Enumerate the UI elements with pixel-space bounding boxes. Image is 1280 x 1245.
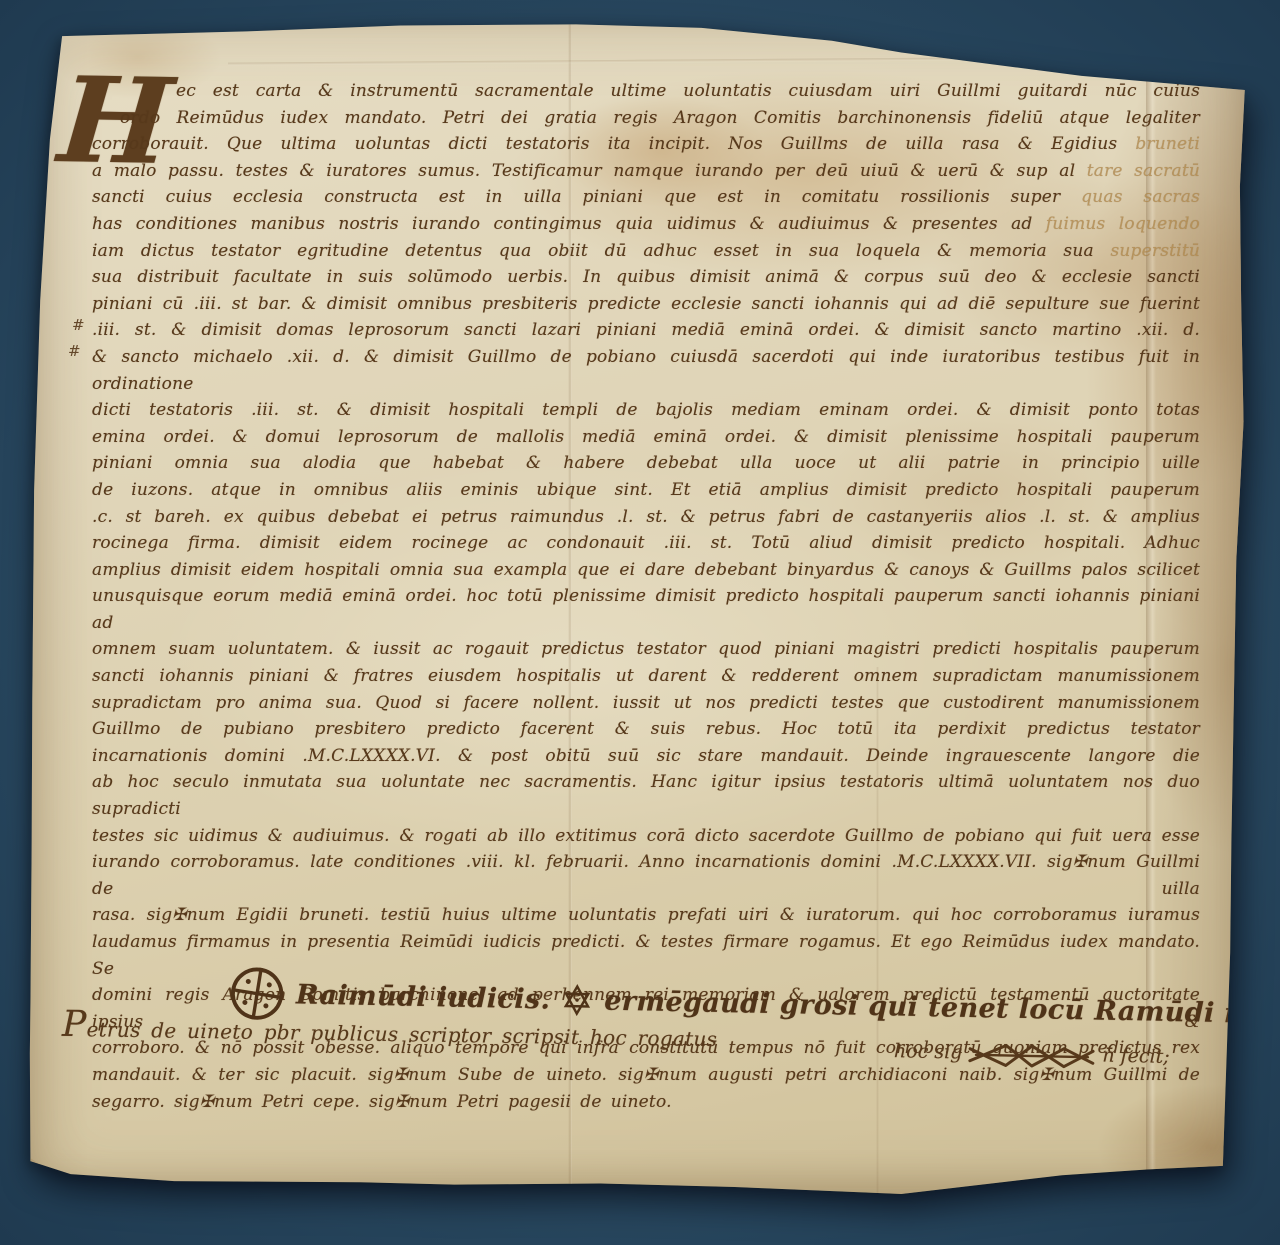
manuscript-line: sancti iohannis piniani & fratres eiusde… xyxy=(92,663,1200,690)
manuscript-line: corroborauit. Que ultima uoluntas dicti … xyxy=(92,131,1200,158)
manuscript-line: ec est carta & instrumentū sacramentale … xyxy=(92,78,1200,105)
judge-signature-name: Raimūdi iudicis. xyxy=(296,979,551,1015)
signum-star-icon xyxy=(562,984,593,1017)
fold-crease-top xyxy=(228,57,988,65)
manuscript-line: iurando corroboramus. late conditiones .… xyxy=(92,849,1200,902)
manuscript-line: segarro. sig✠num Petri cepe. sig✠num Pet… xyxy=(92,1089,1200,1116)
manuscript-line: testes sic uidimus & audiuimus. & rogati… xyxy=(92,823,1200,850)
margin-mark: # xyxy=(68,342,81,360)
manuscript-line: .iii. st. & dimisit domas leprosorum san… xyxy=(92,317,1200,344)
faded-ink-fragment: bruneti xyxy=(1117,134,1200,154)
manuscript-line: ordo Reimūdus iudex mandato. Petri dei g… xyxy=(92,105,1200,132)
faded-ink-fragment: superstitū xyxy=(1094,241,1200,261)
faded-ink-fragment: quas sacras xyxy=(1060,187,1200,207)
manuscript-line: dicti testatoris .iii. st. & dimisit hos… xyxy=(92,397,1200,424)
manuscript-line: ab hoc seculo inmutata sua uoluntate nec… xyxy=(92,769,1200,822)
manuscript-line: incarnationis domini .M.C.LXXXX.VI. & po… xyxy=(92,743,1200,770)
manuscript-line: rasa. sig✠num Egidii bruneti. testiū hui… xyxy=(92,902,1200,929)
manuscript-line: piniani cū .iii. st bar. & dimisit omnib… xyxy=(92,291,1200,318)
manuscript-line: rocinega firma. dimisit eidem rocinege a… xyxy=(92,530,1200,557)
manuscript-line: de iuzons. atque in omnibus aliis eminis… xyxy=(92,477,1200,504)
manuscript-line: sancti cuius ecclesia constructa est in … xyxy=(92,184,1200,211)
manuscript-line: has conditiones manibus nostris iurando … xyxy=(92,211,1200,238)
photo-backdrop: H ec est carta & instrumentū sacramental… xyxy=(0,0,1280,1245)
manuscript-line: emina ordei. & domui leprosorum de mallo… xyxy=(92,424,1200,451)
manuscript-text-block: ec est carta & instrumentū sacramentale … xyxy=(92,78,1200,1115)
notary-knot-icon xyxy=(968,1035,1097,1074)
notary-sign-suffix: n̄ fecit; xyxy=(1102,1044,1170,1067)
manuscript-line: iam dictus testator egritudine detentus … xyxy=(92,238,1200,265)
manuscript-line: piniani omnia sua alodia que habebat & h… xyxy=(92,450,1200,477)
notary-sign-line: hoc sig n̄ fecit; xyxy=(894,1033,1170,1075)
manuscript-line: a malo passu. testes & iuratores sumus. … xyxy=(92,158,1200,185)
manuscript-line: .c. st bareh. ex quibus debebat ei petru… xyxy=(92,504,1200,531)
manuscript-line: & sancto michaelo .xii. d. & dimisit Gui… xyxy=(92,344,1200,397)
parchment-shadow-wrap: H ec est carta & instrumentū sacramental… xyxy=(28,22,1246,1194)
manuscript-line: unusquisque eorum mediā eminā ordei. hoc… xyxy=(92,583,1200,636)
manuscript-line: amplius dimisit eidem hospitali omnia su… xyxy=(92,557,1200,584)
margin-mark: # xyxy=(72,316,85,334)
manuscript-line: supradictam pro anima sua. Quod si facer… xyxy=(92,690,1200,717)
parchment: H ec est carta & instrumentū sacramental… xyxy=(28,22,1246,1194)
faded-ink-fragment: tare sacratū xyxy=(1075,161,1200,181)
faded-ink-fragment: fuimus loquendo xyxy=(1033,214,1200,234)
corner-curl xyxy=(28,1144,80,1186)
manuscript-line: Guillmo de pubiano presbitero predicto f… xyxy=(92,716,1200,743)
manuscript-line: omnem suam uoluntatem. & iussit ac rogau… xyxy=(92,636,1200,663)
manuscript-line: sua distribuit facultate in suis solūmod… xyxy=(92,264,1200,291)
notary-sign-prefix: hoc sig xyxy=(894,1040,963,1063)
